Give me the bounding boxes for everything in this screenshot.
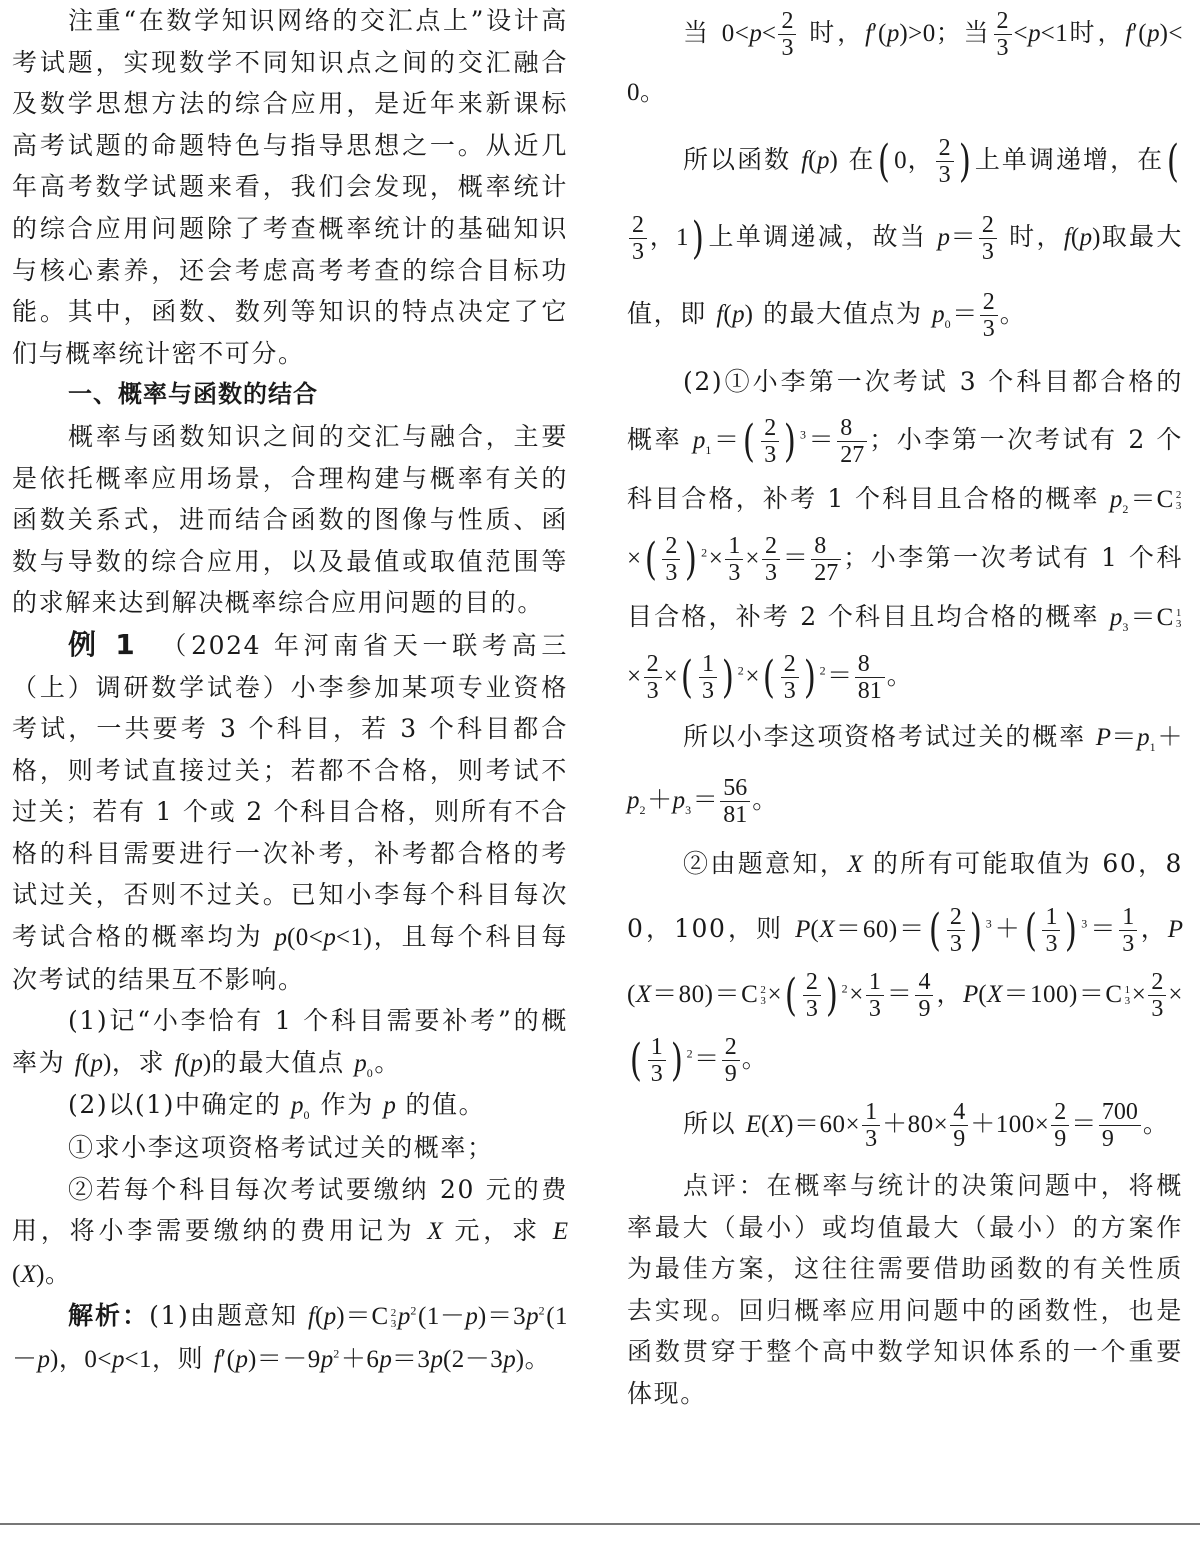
fraction: 881 [855, 651, 885, 704]
question-1: (1)记“小李恰有 1 个科目需要补考”的概率为 f(p)，求 f(p)的最大值… [12, 1000, 568, 1084]
combination: C23 [372, 1296, 398, 1338]
fraction: 7009 [1099, 1099, 1141, 1152]
fraction: 23 [778, 8, 796, 61]
question-2-1: ①求小李这项资格考试过关的概率； [12, 1127, 568, 1169]
fraction: 23 [662, 533, 680, 586]
fraction: 5681 [720, 775, 750, 828]
part2-1-solution: (2)①小李第一次考试 3 个科目都合格的概率 p1＝(23)3＝827；小李第… [627, 353, 1183, 706]
fraction: 827 [811, 533, 841, 586]
fraction: 29 [1051, 1099, 1069, 1152]
fraction: 23 [644, 651, 662, 704]
combination: C23 [1157, 471, 1183, 529]
example-problem-text: （2024 年河南省天一联考高三（上）调研数学试卷）小李参加某项专业资格考试，一… [12, 631, 568, 994]
fraction: 49 [915, 969, 933, 1022]
fraction: 23 [761, 415, 779, 468]
fraction: 13 [862, 1099, 880, 1152]
fraction: 827 [837, 415, 867, 468]
intro-paragraph: 注重“在数学知识网络的交汇点上”设计高考试题，实现数学不同知识点之间的交汇融合及… [12, 0, 568, 374]
pass-probability: 所以小李这项资格考试过关的概率 P＝p1＋p2＋p3＝5681。 [627, 706, 1183, 832]
fraction: 13 [1042, 904, 1060, 957]
example-label: 例 1 [68, 628, 136, 661]
combination: C13 [1157, 589, 1183, 647]
combination: C13 [1105, 963, 1131, 1027]
comment: 点评：在概率与统计的决策问题中，将概率最大（最小）或均值最大（最小）的方案作为最… [627, 1165, 1183, 1415]
fraction: 13 [1119, 904, 1137, 957]
fraction: 23 [781, 651, 799, 704]
monotonic-conclusion: 所以函数 f(p) 在(0，23)上单调递增，在(23，1)上单调递减，故当 p… [627, 122, 1183, 353]
fraction: 13 [725, 533, 743, 586]
combination: C23 [741, 963, 767, 1027]
fraction: 23 [1148, 969, 1166, 1022]
fraction: 13 [648, 1034, 666, 1087]
fraction: 23 [936, 135, 954, 188]
section-intro-paragraph: 概率与函数知识之间的交汇与融合，主要是依托概率应用场景，合理构建与概率有关的函数… [12, 416, 568, 624]
solution-1: 解析：(1)由题意知 f(p)＝C23p2(1－p)＝3p2(1－p)，0<p<… [12, 1295, 568, 1380]
fraction: 13 [699, 651, 717, 704]
fraction: 23 [979, 212, 997, 265]
fraction: 23 [980, 289, 998, 342]
question-2: (2)以(1)中确定的 p0 作为 p 的值。 [12, 1084, 568, 1127]
monotonic-analysis: 当 0<p<23 时，f′(p)>0；当23<p<1时，f′(p)<0。 [627, 4, 1183, 122]
example-problem: 例 1（2024 年河南省天一联考高三（上）调研数学试卷）小李参加某项专业资格考… [12, 624, 568, 1000]
expectation: 所以 E(X)＝60×13＋80×49＋100×29＝7009。 [627, 1092, 1183, 1157]
fraction: 23 [947, 904, 965, 957]
left-column: 注重“在数学知识网络的交汇点上”设计高考试题，实现数学不同知识点之间的交汇融合及… [12, 0, 568, 1381]
page-bottom-rule [0, 1523, 1200, 1525]
fraction: 49 [950, 1099, 968, 1152]
question-2-2: ②若每个科目每次考试要缴纳 20 元的费用，将小李需要缴纳的费用记为 X 元，求… [12, 1169, 568, 1296]
fraction: 23 [994, 8, 1012, 61]
section-heading: 一、概率与函数的结合 [12, 374, 568, 416]
fraction: 23 [803, 969, 821, 1022]
solution-label: 解析： [68, 1301, 149, 1330]
fraction: 23 [762, 533, 780, 586]
fraction: 13 [866, 969, 884, 1022]
part2-2-solution: ②由题意知，X 的所有可能取值为 60，80，100，则 P(X＝60)＝(23… [627, 832, 1183, 1092]
fraction: 29 [722, 1034, 740, 1087]
fraction: 23 [629, 212, 647, 265]
right-column: 当 0<p<23 时，f′(p)>0；当23<p<1时，f′(p)<0。 所以函… [627, 4, 1183, 1415]
